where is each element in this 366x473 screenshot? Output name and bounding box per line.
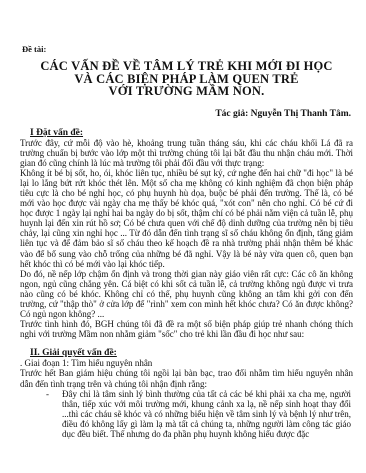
bullet-text: Đây chỉ là tâm sinh lý bình thường của t… xyxy=(62,389,351,439)
title-line-3: VỚI TRƯỜNG MẦM NON. xyxy=(20,85,353,98)
stage-1-line: . Giai đoạn 1: Tìm hiểu nguyên nhân xyxy=(20,358,353,368)
paragraph-stage1-intro: Trước hết Ban giám hiệu chúng tôi ngồi l… xyxy=(20,368,353,388)
section-2-heading: II. Giải quyết vấn đề: xyxy=(30,348,353,358)
document-page: Đề tài: CÁC VẤN ĐỀ VỀ TÂM LÝ TRẺ KHI MỚI… xyxy=(0,0,366,473)
author-line: Tác giả: Nguyễn Thị Thanh Tâm. xyxy=(20,109,353,119)
bullet-item: - Đây chỉ là tâm sinh lý bình thường của… xyxy=(46,389,351,439)
paragraph-solutions-intro: Trước tình hình đó, BGH chúng tôi đã đề … xyxy=(20,319,353,339)
title-line-1: CÁC VẤN ĐỀ VỀ TÂM LÝ TRẺ KHI MỚI ĐI HỌC xyxy=(20,60,353,73)
section-1-heading: I Đặt vấn đề: xyxy=(30,128,353,138)
bullet-dash: - xyxy=(46,389,62,439)
paragraph-teachers: Do đó, nề nếp lớp chậm ổn định và trong … xyxy=(20,269,353,319)
document-title: CÁC VẤN ĐỀ VỀ TÂM LÝ TRẺ KHI MỚI ĐI HỌC … xyxy=(20,60,353,98)
topic-label: Đề tài: xyxy=(22,44,353,54)
paragraph-intro: Trước đây, cứ mỗi độ vào hè, khoảng trun… xyxy=(20,138,353,168)
paragraph-problems: Không ít bé bị sốt, ho, ói, khóc liên tụ… xyxy=(20,168,353,269)
